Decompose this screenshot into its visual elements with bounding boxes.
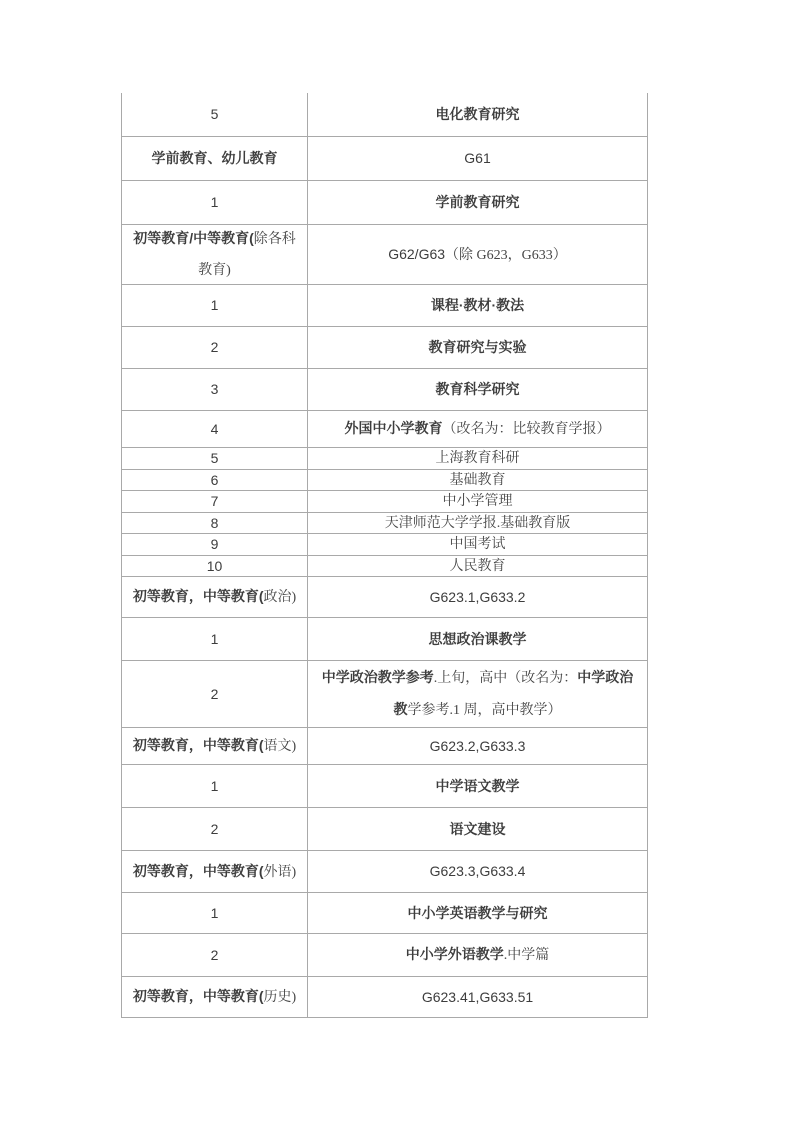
text-segment: 电化教育研究	[436, 106, 520, 122]
cell-text: G623.41,G633.51	[422, 982, 533, 1013]
text-segment: 初等教育，中等教育(	[133, 588, 264, 604]
table-row: 8天津师范大学学报.基础教育版	[122, 513, 647, 534]
journal-cell: 课程·教材·教法	[308, 285, 647, 326]
table-row: 6基础教育	[122, 470, 647, 491]
document-page: 5电化教育研究学前教育、幼儿教育G611学前教育研究初等教育/中等教育(除各科教…	[0, 0, 793, 1122]
text-segment: .中学篇	[504, 948, 550, 963]
journal-cell: 中学语文教学	[308, 765, 647, 807]
table-row: 2中学政治教学参考.上旬，高中（改名为：中学政治教学参考.1 周，高中教学）	[122, 661, 647, 728]
category-cell: 2	[122, 327, 308, 368]
category-cell: 初等教育，中等教育(语文)	[122, 728, 308, 764]
text-segment: 中学语文教学	[436, 778, 520, 794]
table-row: 5电化教育研究	[122, 93, 647, 137]
category-cell: 4	[122, 411, 308, 447]
text-segment: 10	[207, 558, 223, 574]
journal-cell: G623.2,G633.3	[308, 728, 647, 764]
text-segment: 人民教育	[450, 559, 506, 574]
cell-text: 初等教育，中等教育(政治)	[133, 581, 296, 613]
text-segment: 学前教育研究	[436, 194, 520, 210]
text-segment: 初等教育，中等教育(	[133, 737, 264, 753]
text-segment: 历史)	[264, 990, 297, 1005]
cell-text: 学前教育研究	[436, 187, 520, 218]
text-segment: 政治)	[264, 590, 297, 605]
table-row: 初等教育，中等教育(政治)G623.1,G633.2	[122, 577, 647, 618]
core-journals-table: 5电化教育研究学前教育、幼儿教育G611学前教育研究初等教育/中等教育(除各科教…	[121, 93, 648, 1018]
text-segment: 课程·教材·教法	[431, 297, 524, 313]
text-segment: G61	[464, 150, 490, 166]
table-row: 2教育研究与实验	[122, 327, 647, 369]
cell-text: 外国中小学教育（改名为：比较教育学报）	[345, 413, 611, 445]
table-row: 学前教育、幼儿教育G61	[122, 137, 647, 181]
cell-text: 中小学英语教学与研究	[408, 898, 548, 929]
text-segment: 外语)	[264, 865, 297, 880]
journal-cell: G61	[308, 137, 647, 180]
cell-text: 2	[211, 940, 219, 971]
text-segment: 2	[211, 686, 219, 702]
text-segment: 学参考.1 周，高中教学）	[408, 703, 562, 718]
journal-cell: G623.3,G633.4	[308, 851, 647, 892]
text-segment: 5	[211, 106, 219, 122]
table-row: 1中小学英语教学与研究	[122, 893, 647, 934]
journal-cell: G623.41,G633.51	[308, 977, 647, 1017]
text-segment: 中学政治教学参考	[322, 669, 434, 685]
text-segment: （改名为：比较教育学报）	[443, 422, 611, 437]
text-segment: G62/G63	[388, 246, 445, 262]
cell-text: 5	[211, 99, 219, 130]
text-segment: G623.41,G633.51	[422, 989, 533, 1005]
table-row: 3教育科学研究	[122, 369, 647, 411]
cell-text: 中学政治教学参考.上旬，高中（改名为：中学政治教学参考.1 周，高中教学）	[316, 662, 639, 726]
category-cell: 初等教育，中等教育(历史)	[122, 977, 308, 1017]
text-segment: G623.3,G633.4	[430, 863, 526, 879]
text-segment: 4	[211, 421, 219, 437]
journal-cell: 中小学英语教学与研究	[308, 893, 647, 933]
journal-cell: 学前教育研究	[308, 181, 647, 224]
text-segment: G623.1,G633.2	[430, 589, 526, 605]
text-segment: .上旬，高中（改名为：	[434, 671, 578, 686]
cell-text: 2	[211, 814, 219, 845]
journal-cell: G623.1,G633.2	[308, 577, 647, 617]
text-segment: 1	[211, 631, 219, 647]
table-row: 初等教育，中等教育(历史)G623.41,G633.51	[122, 977, 647, 1018]
cell-text: 2	[211, 679, 219, 710]
cell-text: 中学语文教学	[436, 771, 520, 802]
cell-text: 思想政治课教学	[429, 624, 527, 655]
journal-cell: 人民教育	[308, 556, 647, 576]
table-row: 初等教育/中等教育(除各科教育)G62/G63（除 G623，G633）	[122, 225, 647, 285]
cell-text: 教育科学研究	[436, 374, 520, 405]
cell-text: 1	[211, 624, 219, 655]
text-segment: 2	[211, 339, 219, 355]
journal-cell: 电化教育研究	[308, 93, 647, 136]
cell-text: 语文建设	[450, 814, 506, 845]
cell-text: 教育研究与实验	[429, 332, 527, 363]
text-segment: 中小学英语教学与研究	[408, 905, 548, 921]
cell-text: G623.3,G633.4	[430, 856, 526, 887]
text-segment: 2	[211, 821, 219, 837]
cell-text: 课程·教材·教法	[431, 290, 524, 321]
text-segment: 语文建设	[450, 821, 506, 837]
cell-text: G62/G63（除 G623，G633）	[388, 239, 567, 271]
cell-text: G623.1,G633.2	[430, 582, 526, 613]
cell-text: 初等教育，中等教育(外语)	[133, 856, 296, 888]
text-segment: 1	[211, 297, 219, 313]
table-row: 1学前教育研究	[122, 181, 647, 225]
text-segment: 1	[211, 905, 219, 921]
cell-text: 初等教育/中等教育(除各科教育)	[130, 223, 299, 286]
cell-text: 初等教育，中等教育(语文)	[133, 730, 296, 762]
text-segment: 学前教育、幼儿教育	[152, 150, 278, 166]
category-cell: 2	[122, 934, 308, 976]
text-segment: 外国中小学教育	[345, 420, 443, 436]
cell-text: G61	[464, 143, 490, 174]
cell-text: 3	[211, 374, 219, 405]
table-row: 2中小学外语教学.中学篇	[122, 934, 647, 977]
text-segment: 初等教育，中等教育(	[133, 863, 264, 879]
journal-cell: 教育科学研究	[308, 369, 647, 410]
text-segment: 思想政治课教学	[429, 631, 527, 647]
journal-cell: 思想政治课教学	[308, 618, 647, 660]
category-cell: 1	[122, 618, 308, 660]
text-segment: 中小学外语教学	[406, 946, 504, 962]
text-segment: 语文)	[264, 739, 297, 754]
category-cell: 初等教育，中等教育(外语)	[122, 851, 308, 892]
table-row: 1课程·教材·教法	[122, 285, 647, 327]
table-row: 初等教育，中等教育(外语)G623.3,G633.4	[122, 851, 647, 893]
cell-text: 电化教育研究	[436, 99, 520, 130]
category-cell: 5	[122, 93, 308, 136]
category-cell: 1	[122, 893, 308, 933]
category-cell: 1	[122, 765, 308, 807]
text-segment: （除 G623，G633）	[445, 248, 567, 263]
category-cell: 初等教育，中等教育(政治)	[122, 577, 308, 617]
journal-cell: 教育研究与实验	[308, 327, 647, 368]
journal-cell: 中小学外语教学.中学篇	[308, 934, 647, 976]
text-segment: 教育科学研究	[436, 381, 520, 397]
category-cell: 10	[122, 556, 308, 576]
journal-cell: 外国中小学教育（改名为：比较教育学报）	[308, 411, 647, 447]
table-row: 5上海教育科研	[122, 448, 647, 470]
category-cell: 1	[122, 285, 308, 326]
cell-text: 中小学外语教学.中学篇	[406, 939, 550, 971]
journal-cell: 中学政治教学参考.上旬，高中（改名为：中学政治教学参考.1 周，高中教学）	[308, 661, 647, 727]
table-row: 初等教育，中等教育(语文)G623.2,G633.3	[122, 728, 647, 765]
category-cell: 3	[122, 369, 308, 410]
table-row: 2语文建设	[122, 808, 647, 851]
table-row: 1中学语文教学	[122, 765, 647, 808]
cell-text: 初等教育，中等教育(历史)	[133, 981, 296, 1013]
table-row: 1思想政治课教学	[122, 618, 647, 661]
category-cell: 学前教育、幼儿教育	[122, 137, 308, 180]
cell-text: 1	[211, 187, 219, 218]
text-segment: 2	[211, 947, 219, 963]
cell-text: 2	[211, 332, 219, 363]
text-segment: 3	[211, 381, 219, 397]
journal-cell: G62/G63（除 G623，G633）	[308, 225, 647, 284]
text-segment: 1	[211, 194, 219, 210]
category-cell: 2	[122, 808, 308, 850]
table-row: 9中国考试	[122, 534, 647, 556]
category-cell: 初等教育/中等教育(除各科教育)	[122, 225, 308, 284]
cell-text: 1	[211, 290, 219, 321]
text-segment: 初等教育/中等教育(	[133, 230, 254, 246]
text-segment: G623.2,G633.3	[430, 738, 526, 754]
cell-text: 1	[211, 898, 219, 929]
table-row: 4外国中小学教育（改名为：比较教育学报）	[122, 411, 647, 448]
category-cell: 2	[122, 661, 308, 727]
cell-text: 学前教育、幼儿教育	[152, 143, 278, 174]
category-cell: 1	[122, 181, 308, 224]
cell-text: 1	[211, 771, 219, 802]
cell-text: G623.2,G633.3	[430, 731, 526, 762]
text-segment: 教育研究与实验	[429, 339, 527, 355]
text-segment: 初等教育，中等教育(	[133, 988, 264, 1004]
text-segment: 1	[211, 778, 219, 794]
journal-cell: 语文建设	[308, 808, 647, 850]
cell-text: 4	[211, 414, 219, 445]
table-row: 10人民教育	[122, 556, 647, 577]
